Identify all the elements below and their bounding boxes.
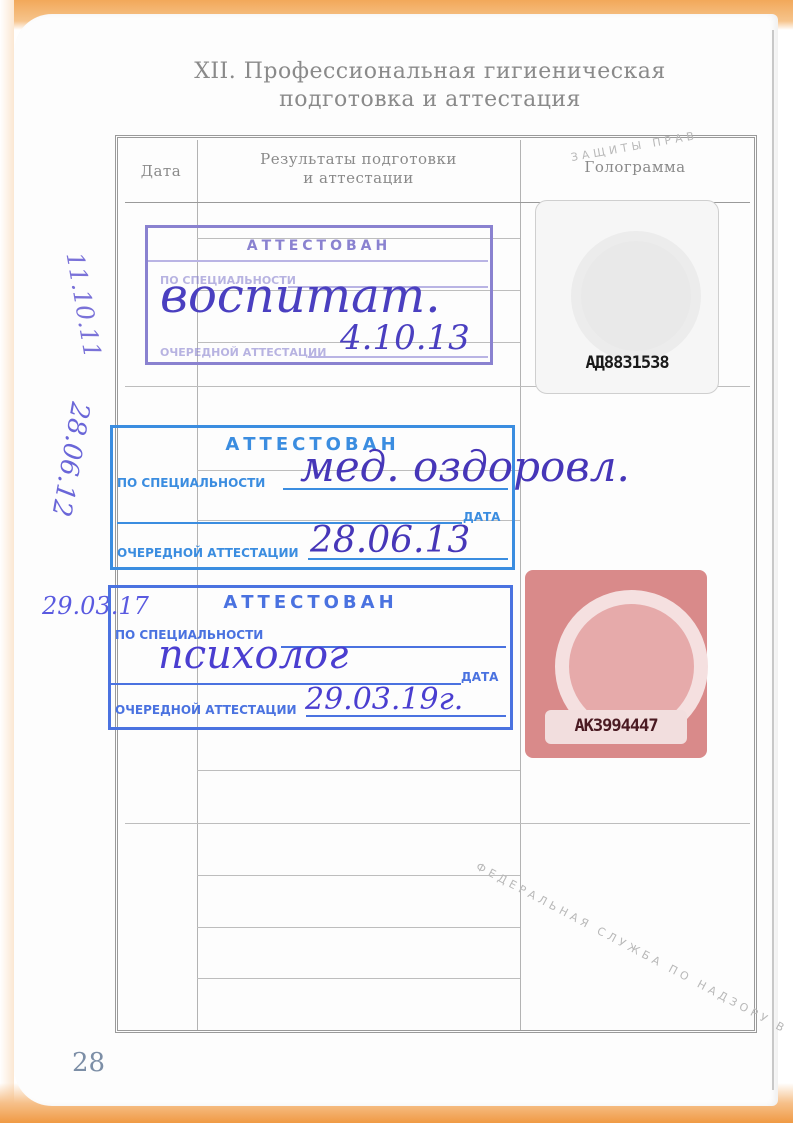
entry-3-specialty: психолог [158,632,348,678]
stamp-next-label: ОЧЕРЕДНОЙ АТТЕСТАЦИИ [115,703,297,717]
row-line [197,927,520,928]
stamp-date-label: ДАТА [461,670,498,684]
page-edge [772,30,774,1090]
coat-of-arms-icon [571,231,701,361]
header-date: Дата [125,162,197,181]
stamp-heading: АТТЕСТОВАН [148,238,490,254]
row-line [197,875,520,876]
stamp-next-label: ОЧЕРЕДНОЙ АТТЕСТАЦИИ [117,546,299,560]
entry-3-next-date: 29.03.19г. [305,682,463,717]
page-number: 28 [72,1048,105,1078]
title-line-1: XII. Профессиональная гигиеническая [150,58,710,86]
stamp-rule [148,260,488,262]
hologram-sticker-2: АК3994447 [525,570,707,758]
row-line [125,823,750,824]
row-line [197,770,520,771]
header-hologram: Голограмма [520,158,750,177]
book-cover-left [0,0,14,1123]
entry-1-next-date: 4.10.13 [340,318,470,358]
hologram-serial-2: АК3994447 [525,716,707,736]
entry-3-date: 29.03.17 [42,590,72,622]
entry-1-specialty: воспитат. [160,268,440,324]
header-results-line-1: Результаты подготовки [197,150,520,169]
hologram-serial-1: АД8831538 [536,353,718,373]
header-results-line-2: и аттестации [197,169,520,188]
row-line [197,978,520,979]
section-title: XII. Профессиональная гигиеническая подг… [150,58,710,114]
entry-2-specialty: мед. оздоровл. [300,442,630,491]
stamp-specialty-label: ПО СПЕЦИАЛЬНОСТИ [117,476,265,490]
header-results: Результаты подготовки и аттестации [197,150,520,188]
stamp-heading: АТТЕСТОВАН [111,592,510,613]
stamp-next-label: ОЧЕРЕДНОЙ АТТЕСТАЦИИ [160,346,326,359]
hologram-sticker-1: АД8831538 [535,200,719,394]
entry-2-next-date: 28.06.13 [310,520,470,561]
title-line-2: подготовка и аттестация [150,86,710,114]
